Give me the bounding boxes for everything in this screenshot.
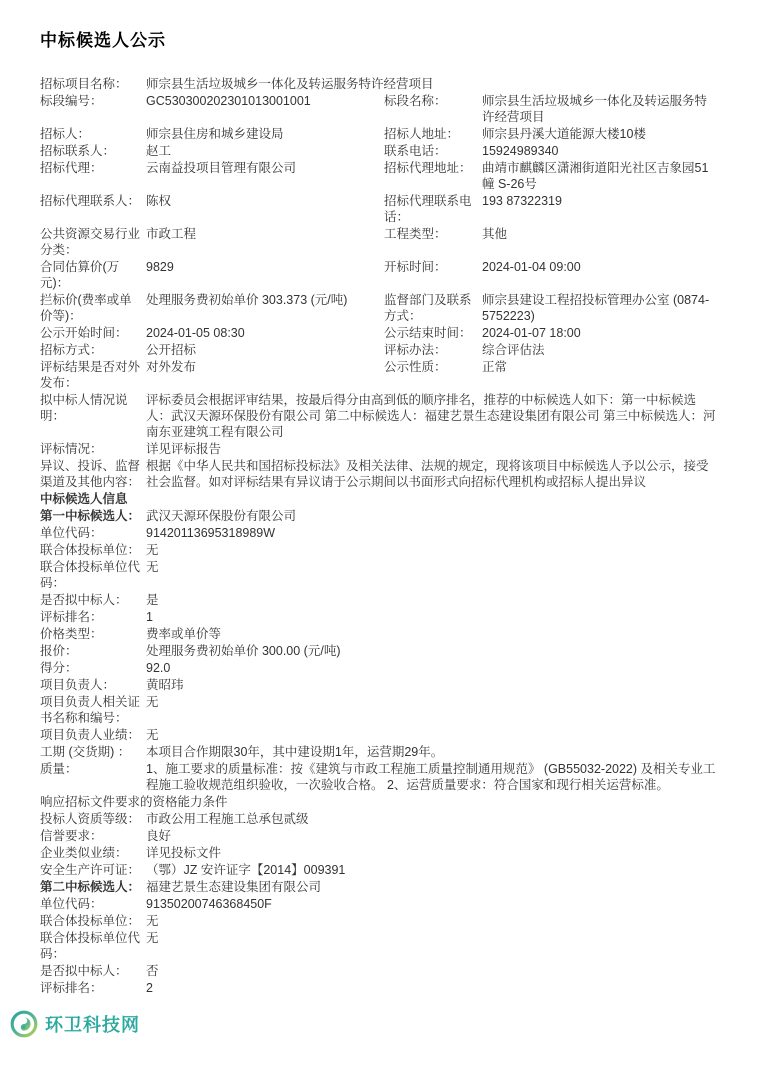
site-logo-icon[interactable] [10, 1010, 38, 1038]
candidate1-safety-license-label: 安全生产许可证： [40, 862, 146, 878]
bid-opening-time-value: 2024-01-04 09:00 [482, 259, 719, 291]
section-no-value: GC530300202301013001001 [146, 93, 384, 125]
agency-address-value: 曲靖市麒麟区潇湘街道阳光社区吉象园51幢 S-26号 [482, 160, 719, 192]
candidate1-consortium-code-label: 联合体投标单位代码： [40, 559, 146, 591]
evaluation-status-value: 详见评标报告 [146, 441, 719, 457]
agency-value: 云南益投项目管理有限公司 [146, 160, 384, 192]
candidate1-is-proposed-value: 是 [146, 592, 719, 608]
candidate2-name-value: 福建艺景生态建设集团有限公司 [146, 879, 719, 895]
candidate1-is-proposed-label: 是否拟中标人： [40, 592, 146, 608]
row-tender-method: 招标方式： 公开招标 评标办法： 综合评估法 [40, 341, 719, 358]
row-candidate1-score: 得分： 92.0 [40, 659, 719, 676]
row-publicity-start-end: 公示开始时间： 2024-01-05 08:30 公示结束时间： 2024-01… [40, 324, 719, 341]
contract-estimate-value: 9829 [146, 259, 384, 291]
agency-contact-label: 招标代理联系人： [40, 193, 146, 225]
tender-project-name-value: 师宗县生活垃圾城乡一体化及转运服务特许经营项目 [146, 76, 719, 92]
contact-phone-label: 联系电话： [384, 143, 482, 159]
evaluation-method-value: 综合评估法 [482, 342, 719, 358]
section-candidates-info: 中标候选人信息 [40, 490, 719, 507]
candidate1-duration-value: 本项目合作期限30年，其中建设期1年，运营期29年。 [146, 744, 719, 760]
row-agency-contact: 招标代理联系人： 陈权 招标代理联系电话： 193 87322319 [40, 192, 719, 225]
candidate1-leader-certificates-label: 项目负责人相关证书名称和编号： [40, 694, 146, 726]
candidate1-consortium-value: 无 [146, 542, 719, 558]
tender-method-value: 公开招标 [146, 342, 384, 358]
section-name-label: 标段名称： [384, 93, 482, 125]
row-section-no-name: 标段编号： GC530300202301013001001 标段名称： 师宗县生… [40, 92, 719, 125]
candidate1-quality-label: 质量： [40, 761, 146, 793]
supervision-label: 监督部门及联系方式： [384, 292, 482, 324]
tenderee-label: 招标人： [40, 126, 146, 142]
candidate1-duration-label: 工期 (交货期) ： [40, 744, 146, 760]
candidate1-name-label: 第一中标候选人： [40, 508, 146, 524]
candidate2-consortium-label: 联合体投标单位： [40, 913, 146, 929]
candidate2-is-proposed-label: 是否拟中标人： [40, 963, 146, 979]
row-contract-estimate: 合同估算价(万元)： 9829 开标时间： 2024-01-04 09:00 [40, 258, 719, 291]
publicity-end-label: 公示结束时间： [384, 325, 482, 341]
agency-label: 招标代理： [40, 160, 146, 192]
row-candidate2-consortium: 联合体投标单位： 无 [40, 912, 719, 929]
row-candidate1-consortium-code: 联合体投标单位代码： 无 [40, 558, 719, 591]
row-objection-channel: 异议、投诉、监督渠道及其他内容： 根据《中华人民共和国招标投标法》及相关法律、法… [40, 457, 719, 490]
candidate2-consortium-value: 无 [146, 913, 719, 929]
row-candidate2-rank: 评标排名： 2 [40, 979, 719, 996]
row-candidate1-unit-code: 单位代码： 91420113695318989W [40, 524, 719, 541]
candidate1-consortium-code-value: 无 [146, 559, 719, 591]
publicity-start-label: 公示开始时间： [40, 325, 146, 341]
row-candidate2-name: 第二中标候选人： 福建艺景生态建设集团有限公司 [40, 878, 719, 895]
qualification-heading: 响应招标文件要求的资格能力条件 [40, 794, 719, 810]
candidate1-quality-value: 1、施工要求的质量标准：按《建筑与市政工程施工质量控制通用规范》 (GB5503… [146, 761, 719, 793]
candidate1-rank-value: 1 [146, 609, 719, 625]
bid-opening-time-label: 开标时间： [384, 259, 482, 291]
candidate2-consortium-code-label: 联合体投标单位代码： [40, 930, 146, 962]
row-candidate1-leader-certificates: 项目负责人相关证书名称和编号： 无 [40, 693, 719, 726]
price-ceiling-label: 拦标价(费率或单价等)： [40, 292, 146, 324]
row-candidate1-bid-price: 报价： 处理服务费初始单价 300.00 (元/吨) [40, 642, 719, 659]
candidate1-bid-price-label: 报价： [40, 643, 146, 659]
contact-phone-value: 15924989340 [482, 143, 719, 159]
section-no-label: 标段编号： [40, 93, 146, 125]
candidate1-bid-price-value: 处理服务费初始单价 300.00 (元/吨) [146, 643, 719, 659]
row-tenderee: 招标人： 师宗县住房和城乡建设局 招标人地址： 师宗县丹溪大道能源大楼10楼 [40, 125, 719, 142]
agency-phone-label: 招标代理联系电话： [384, 193, 482, 225]
industry-category-label: 公共资源交易行业分类： [40, 226, 146, 258]
industry-category-value: 市政工程 [146, 226, 384, 258]
project-type-label: 工程类型： [384, 226, 482, 258]
candidate2-consortium-code-value: 无 [146, 930, 719, 962]
agency-address-label: 招标代理地址： [384, 160, 482, 192]
result-published-label: 评标结果是否对外发布： [40, 359, 146, 391]
row-candidate1-price-type: 价格类型： 费率或单价等 [40, 625, 719, 642]
row-candidate1-name: 第一中标候选人： 武汉天源环保股份有限公司 [40, 507, 719, 524]
proposed-winner-note-value: 评标委员会根据评审结果，按最后得分由高到低的顺序排名，推荐的中标候选人如下：第一… [146, 392, 719, 440]
row-candidate1-qualification-level: 投标人资质等级： 市政公用工程施工总承包贰级 [40, 810, 719, 827]
publicity-nature-label: 公示性质： [384, 359, 482, 391]
tenderee-address-value: 师宗县丹溪大道能源大楼10楼 [482, 126, 719, 142]
row-result-published: 评标结果是否对外发布： 对外发布 公示性质： 正常 [40, 358, 719, 391]
candidate2-unit-code-label: 单位代码： [40, 896, 146, 912]
row-candidate1-consortium: 联合体投标单位： 无 [40, 541, 719, 558]
publicity-end-value: 2024-01-07 18:00 [482, 325, 719, 341]
candidate1-leader-performance-label: 项目负责人业绩： [40, 727, 146, 743]
tender-method-label: 招标方式： [40, 342, 146, 358]
candidate2-rank-label: 评标排名： [40, 980, 146, 996]
candidates-info-heading: 中标候选人信息 [40, 491, 719, 507]
candidate1-safety-license-value: （鄂）JZ 安许证字【2014】009391 [146, 862, 719, 878]
announcement-page: 中标候选人公示 招标项目名称： 师宗县生活垃圾城乡一体化及转运服务特许经营项目 … [0, 0, 757, 1038]
row-candidate1-rank: 评标排名： 1 [40, 608, 719, 625]
candidate2-name-label: 第二中标候选人： [40, 879, 146, 895]
agency-phone-value: 193 87322319 [482, 193, 719, 225]
row-tenderee-contact: 招标联系人： 赵工 联系电话： 15924989340 [40, 142, 719, 159]
objection-channel-label: 异议、投诉、监督渠道及其他内容： [40, 458, 146, 490]
row-price-ceiling: 拦标价(费率或单价等)： 处理服务费初始单价 303.373 (元/吨) 监督部… [40, 291, 719, 324]
candidate1-leader-performance-value: 无 [146, 727, 719, 743]
result-published-value: 对外发布 [146, 359, 384, 391]
row-candidate1-similar-performance: 企业类似业绩： 详见投标文件 [40, 844, 719, 861]
tenderee-address-label: 招标人地址： [384, 126, 482, 142]
publicity-nature-value: 正常 [482, 359, 719, 391]
agency-contact-value: 陈权 [146, 193, 384, 225]
candidate1-price-type-value: 费率或单价等 [146, 626, 719, 642]
row-candidate1-safety-license: 安全生产许可证： （鄂）JZ 安许证字【2014】009391 [40, 861, 719, 878]
price-ceiling-value: 处理服务费初始单价 303.373 (元/吨) [146, 292, 384, 324]
candidate1-score-value: 92.0 [146, 660, 719, 676]
row-candidate1-duration: 工期 (交货期) ： 本项目合作期限30年，其中建设期1年，运营期29年。 [40, 743, 719, 760]
evaluation-method-label: 评标办法： [384, 342, 482, 358]
page-title: 中标候选人公示 [40, 26, 719, 51]
row-evaluation-status: 评标情况： 详见评标报告 [40, 440, 719, 457]
candidate1-qualification-level-value: 市政公用工程施工总承包贰级 [146, 811, 719, 827]
project-type-value: 其他 [482, 226, 719, 258]
section-name-value: 师宗县生活垃圾城乡一体化及转运服务特许经营项目 [482, 93, 719, 125]
tenderee-value: 师宗县住房和城乡建设局 [146, 126, 384, 142]
site-logo-text[interactable]: 环卫科技网 [45, 1011, 140, 1037]
candidate1-similar-performance-value: 详见投标文件 [146, 845, 719, 861]
proposed-winner-note-label: 拟中标人情况说明： [40, 392, 146, 440]
row-candidate1-credit: 信誉要求： 良好 [40, 827, 719, 844]
candidate1-project-leader-value: 黄昭玮 [146, 677, 719, 693]
candidate2-rank-value: 2 [146, 980, 719, 996]
row-industry-category: 公共资源交易行业分类： 市政工程 工程类型： 其他 [40, 225, 719, 258]
candidate1-price-type-label: 价格类型： [40, 626, 146, 642]
candidate2-is-proposed-value: 否 [146, 963, 719, 979]
contract-estimate-label: 合同估算价(万元)： [40, 259, 146, 291]
tender-project-name-label: 招标项目名称： [40, 76, 146, 92]
tenderee-contact-label: 招标联系人： [40, 143, 146, 159]
candidate1-similar-performance-label: 企业类似业绩： [40, 845, 146, 861]
section-qualification: 响应招标文件要求的资格能力条件 [40, 793, 719, 810]
tenderee-contact-value: 赵工 [146, 143, 384, 159]
row-candidate2-unit-code: 单位代码： 91350200746368450F [40, 895, 719, 912]
candidate1-credit-label: 信誉要求： [40, 828, 146, 844]
candidate1-credit-value: 良好 [146, 828, 719, 844]
row-candidate1-project-leader: 项目负责人： 黄昭玮 [40, 676, 719, 693]
announcement-form: 招标项目名称： 师宗县生活垃圾城乡一体化及转运服务特许经营项目 标段编号： GC… [40, 75, 719, 996]
candidate1-qualification-level-label: 投标人资质等级： [40, 811, 146, 827]
candidate1-name-value: 武汉天源环保股份有限公司 [146, 508, 719, 524]
objection-channel-value: 根据《中华人民共和国招标投标法》及相关法律、法规的规定，现将该项目中标候选人予以… [146, 458, 719, 490]
candidate1-score-label: 得分： [40, 660, 146, 676]
candidate1-unit-code-label: 单位代码： [40, 525, 146, 541]
row-tender-project-name: 招标项目名称： 师宗县生活垃圾城乡一体化及转运服务特许经营项目 [40, 75, 719, 92]
row-agency: 招标代理： 云南益投项目管理有限公司 招标代理地址： 曲靖市麒麟区潇湘街道阳光社… [40, 159, 719, 192]
candidate2-unit-code-value: 91350200746368450F [146, 896, 719, 912]
supervision-value: 师宗县建设工程招投标管理办公室 (0874-5752223) [482, 292, 719, 324]
candidate1-rank-label: 评标排名： [40, 609, 146, 625]
candidate1-consortium-label: 联合体投标单位： [40, 542, 146, 558]
candidate1-unit-code-value: 91420113695318989W [146, 525, 719, 541]
row-candidate1-quality: 质量： 1、施工要求的质量标准：按《建筑与市政工程施工质量控制通用规范》 (GB… [40, 760, 719, 793]
row-proposed-winner-note: 拟中标人情况说明： 评标委员会根据评审结果，按最后得分由高到低的顺序排名，推荐的… [40, 391, 719, 440]
row-candidate2-consortium-code: 联合体投标单位代码： 无 [40, 929, 719, 962]
candidate1-project-leader-label: 项目负责人： [40, 677, 146, 693]
evaluation-status-label: 评标情况： [40, 441, 146, 457]
footer: 环卫科技网 [10, 1010, 719, 1038]
row-candidate2-is-proposed: 是否拟中标人： 否 [40, 962, 719, 979]
row-candidate1-leader-performance: 项目负责人业绩： 无 [40, 726, 719, 743]
publicity-start-value: 2024-01-05 08:30 [146, 325, 384, 341]
candidate1-leader-certificates-value: 无 [146, 694, 719, 726]
row-candidate1-is-proposed: 是否拟中标人： 是 [40, 591, 719, 608]
